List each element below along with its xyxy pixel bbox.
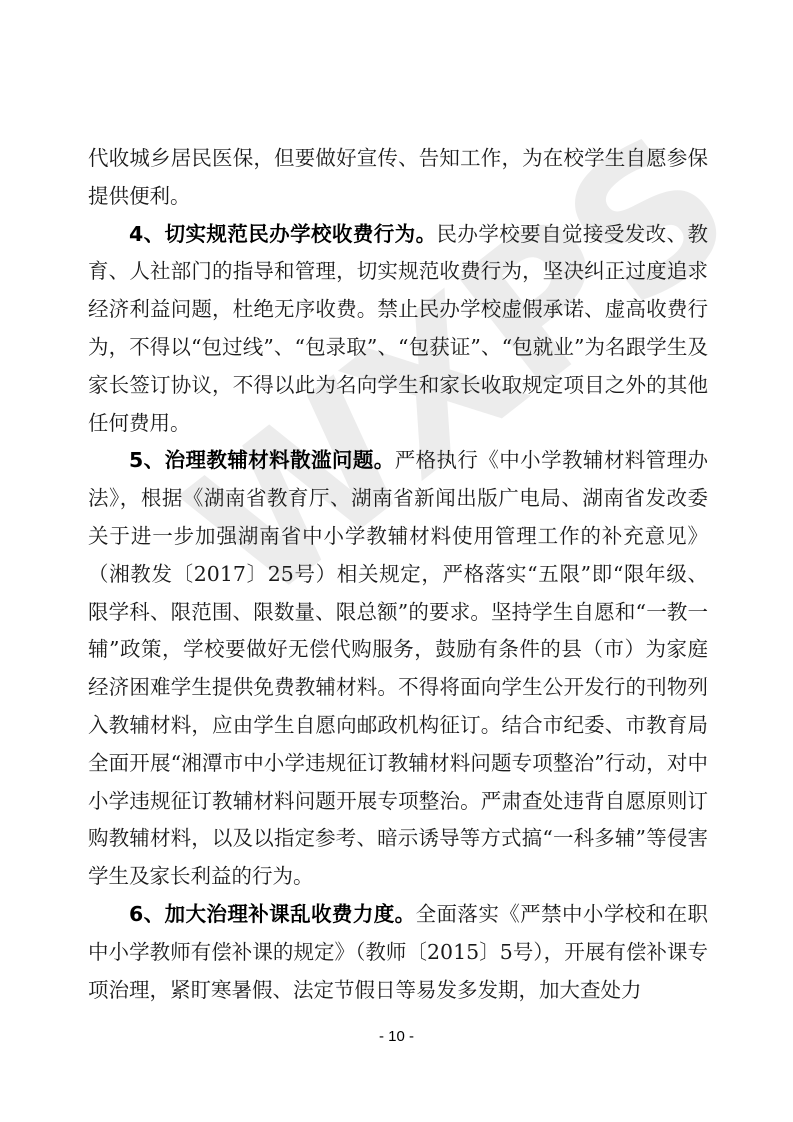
document-page: WXPS 代收城乡居民医保，但要做好宣传、告知工作，为在校学生自愿参保提供便利。… (0, 0, 793, 1122)
page-number: - 10 - (0, 1028, 793, 1045)
document-body: 代收城乡居民医保，但要做好宣传、告知工作，为在校学生自愿参保提供便利。 4、切实… (88, 140, 708, 1009)
paragraph-item-6: 6、加大治理补课乱收费力度。全面落实《严禁中小学校和在职中小学教师有偿补课的规定… (88, 896, 708, 1009)
paragraph-item-4: 4、切实规范民办学校收费行为。民办学校要自觉接受发改、教育、人社部门的指导和管理… (88, 216, 708, 443)
item-heading: 6、加大治理补课乱收费力度。 (129, 902, 416, 926)
paragraph-item-5: 5、治理教辅材料散滥问题。严格执行《中小学教辅材料管理办法》，根据《湖南省教育厅… (88, 442, 708, 896)
item-heading: 4、切实规范民办学校收费行为。 (129, 222, 437, 246)
paragraph-continuation: 代收城乡居民医保，但要做好宣传、告知工作，为在校学生自愿参保提供便利。 (88, 140, 708, 216)
paragraph-text: 严格执行《中小学教辅材料管理办法》，根据《湖南省教育厅、湖南省新闻出版广电局、湖… (88, 448, 708, 888)
paragraph-text: 代收城乡居民医保，但要做好宣传、告知工作，为在校学生自愿参保提供便利。 (88, 146, 708, 208)
item-heading: 5、治理教辅材料散滥问题。 (129, 448, 395, 472)
paragraph-text: 民办学校要自觉接受发改、教育、人社部门的指导和管理，切实规范收费行为，坚决纠正过… (88, 222, 708, 435)
